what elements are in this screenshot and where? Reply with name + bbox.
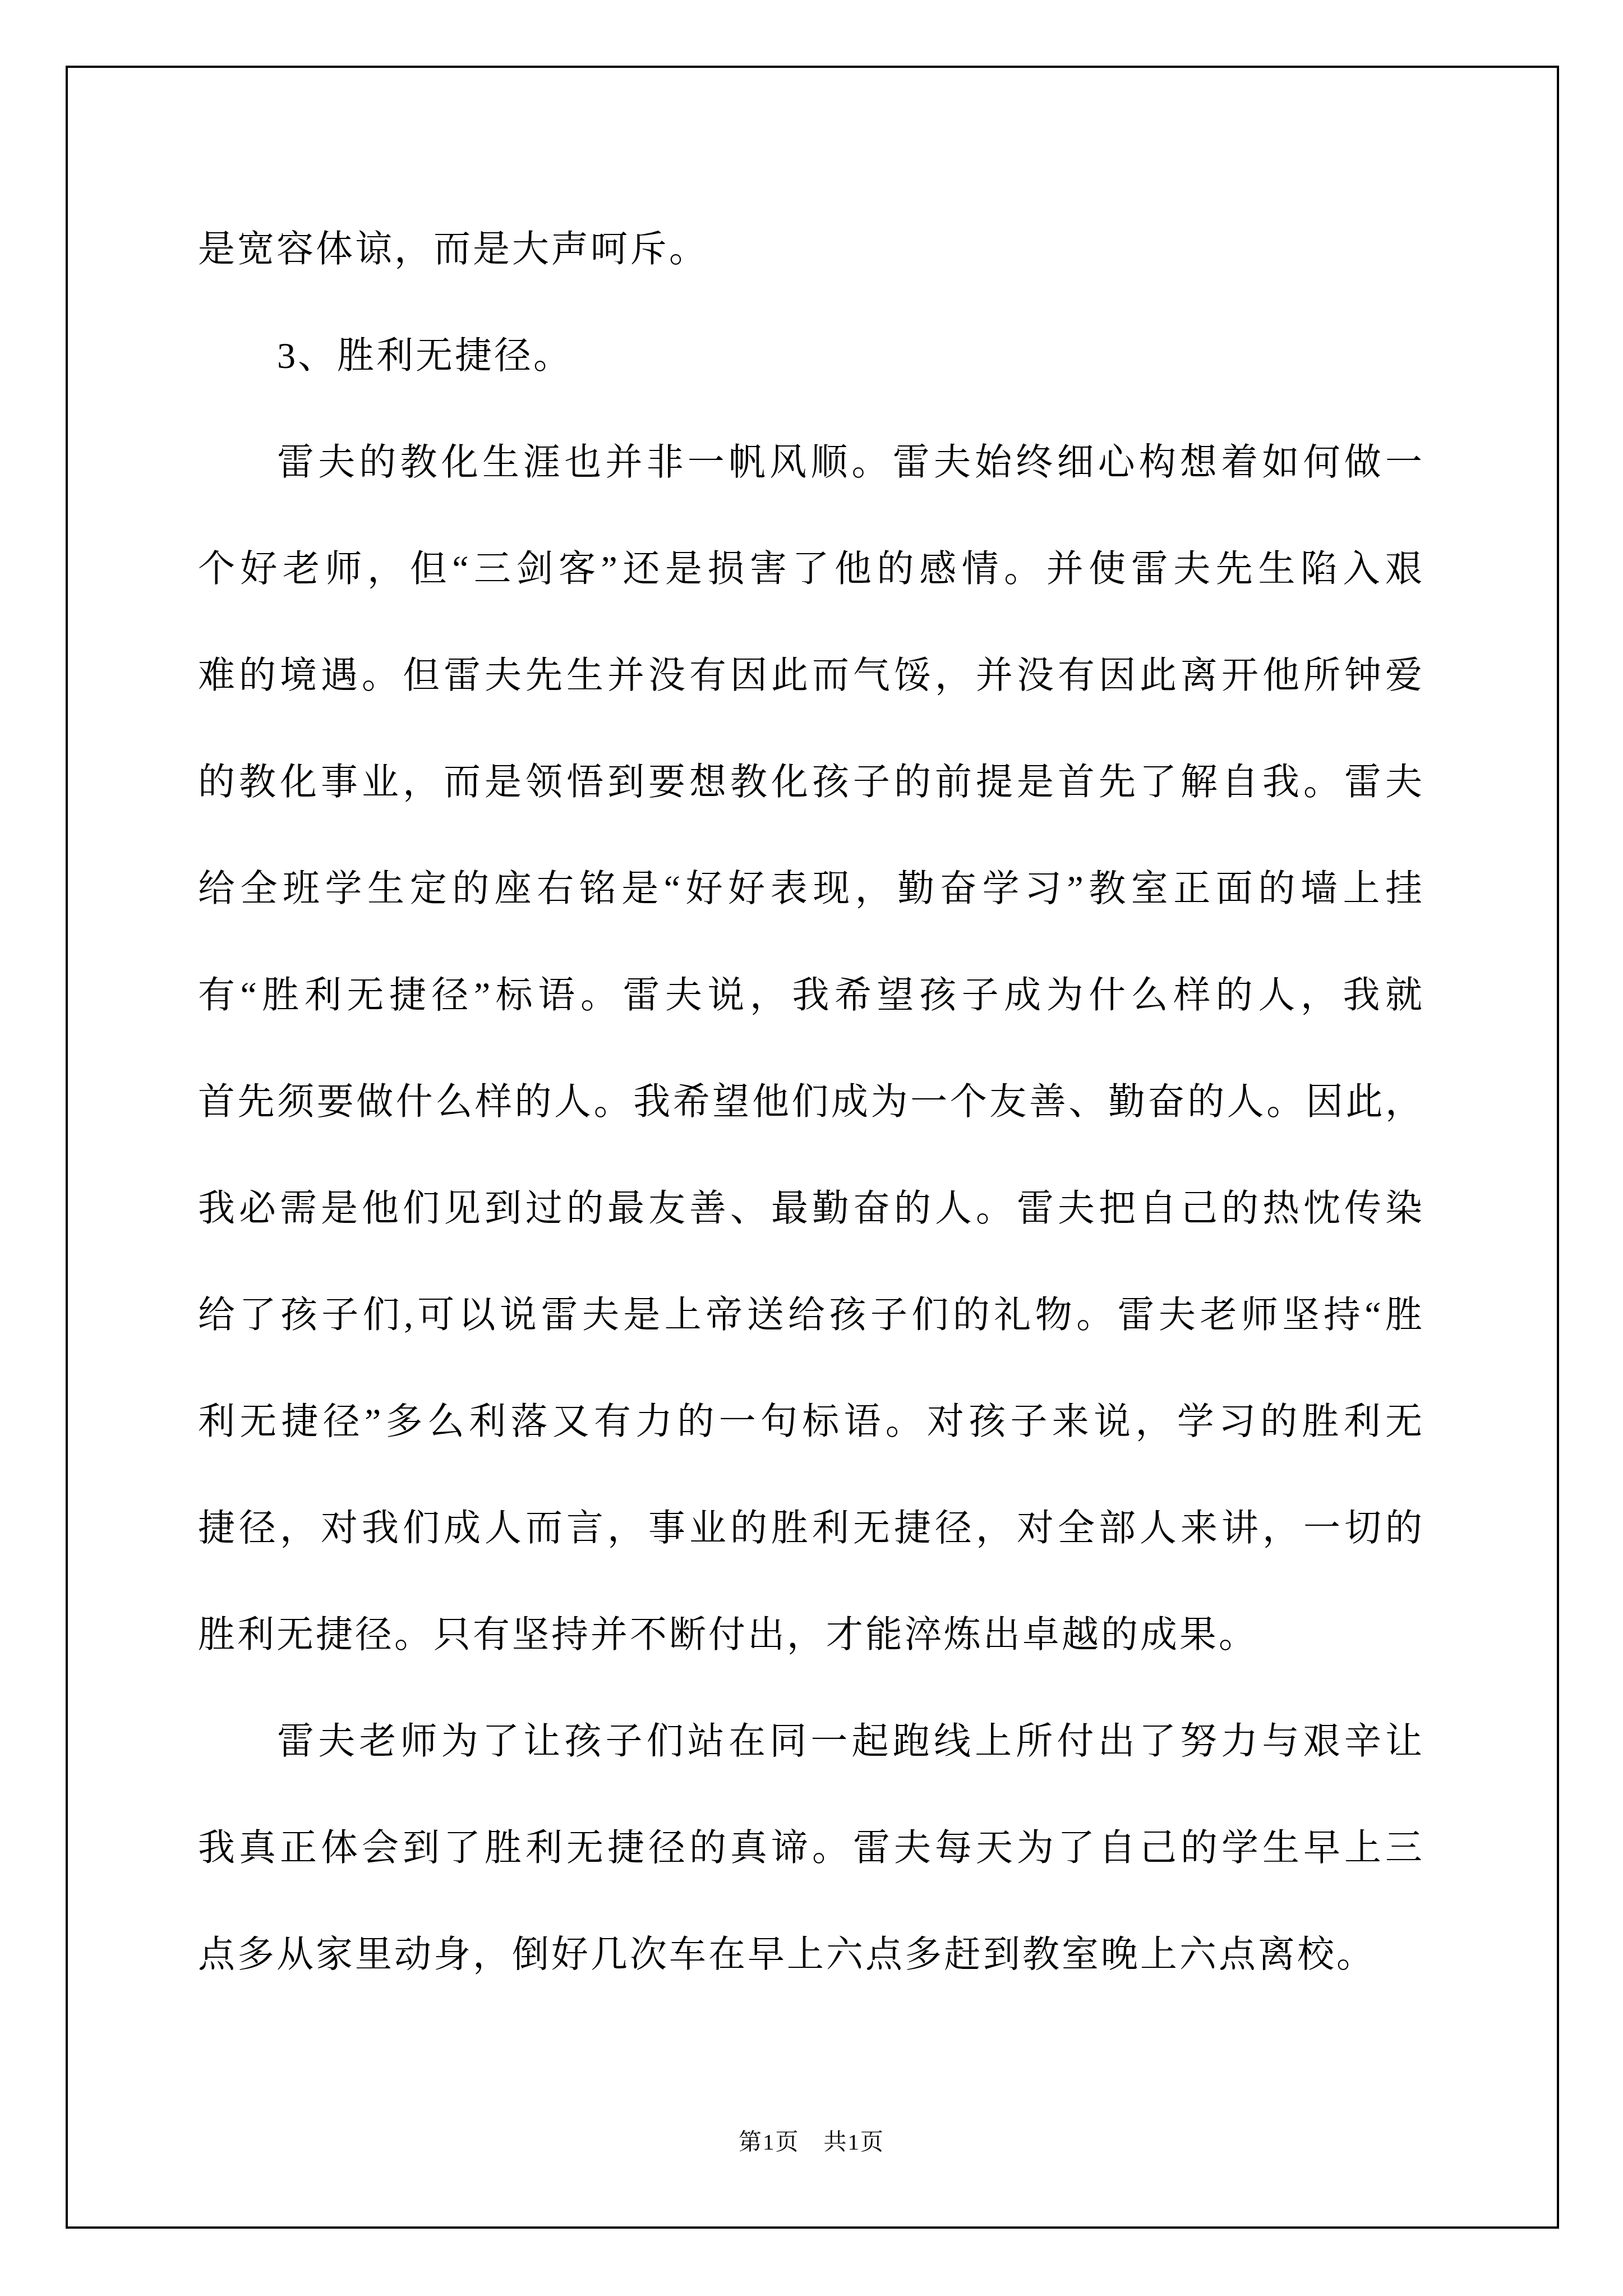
text-line: 是宽容体谅，而是大声呵斥。 <box>198 196 1424 303</box>
text-line: 捷径，对我们成人而言，事业的胜利无捷径，对全部人来讲，一切的 <box>198 1475 1424 1582</box>
text-line: 3、胜利无捷径。 <box>198 303 1424 409</box>
page-footer: 第1页 共1页 <box>0 2119 1623 2164</box>
text-line: 个好老师，但“三剑客”还是损害了他的感情。并使雷夫先生陷入艰 <box>198 516 1424 623</box>
text-line: 利无捷径”多么利落又有力的一句标语。对孩子来说，学习的胜利无 <box>198 1369 1424 1475</box>
text-line: 给了孩子们,可以说雷夫是上帝送给孩子们的礼物。雷夫老师坚持“胜 <box>198 1262 1424 1369</box>
text-line: 有“胜利无捷径”标语。雷夫说，我希望孩子成为什么样的人，我就 <box>198 942 1424 1049</box>
text-line: 我必需是他们见到过的最友善、最勤奋的人。雷夫把自己的热忱传染 <box>198 1156 1424 1262</box>
text-line: 首先须要做什么样的人。我希望他们成为一个友善、勤奋的人。因此， <box>198 1049 1424 1156</box>
document-body: 是宽容体谅，而是大声呵斥。3、胜利无捷径。雷夫的教化生涯也并非一帆风顺。雷夫始终… <box>198 196 1424 2008</box>
text-line: 点多从家里动身，倒好几次车在早上六点多赶到教室晚上六点离校。 <box>198 1902 1424 2008</box>
page-number-label: 第1页 共1页 <box>739 2129 884 2155</box>
text-line: 雷夫的教化生涯也并非一帆风顺。雷夫始终细心构想着如何做一 <box>198 409 1424 516</box>
text-line: 的教化事业，而是领悟到要想教化孩子的前提是首先了解自我。雷夫 <box>198 729 1424 836</box>
text-line: 我真正体会到了胜利无捷径的真谛。雷夫每天为了自己的学生早上三 <box>198 1795 1424 1902</box>
text-line: 胜利无捷径。只有坚持并不断付出，才能淬炼出卓越的成果。 <box>198 1582 1424 1688</box>
text-line: 雷夫老师为了让孩子们站在同一起跑线上所付出了努力与艰辛让 <box>198 1688 1424 1795</box>
text-line: 给全班学生定的座右铭是“好好表现，勤奋学习”教室正面的墙上挂 <box>198 836 1424 942</box>
text-line: 难的境遇。但雷夫先生并没有因此而气馁，并没有因此离开他所钟爱 <box>198 623 1424 729</box>
